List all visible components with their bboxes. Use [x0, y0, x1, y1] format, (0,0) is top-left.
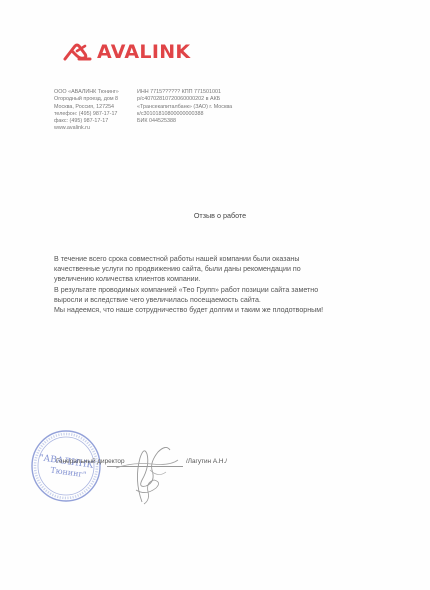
- document-body: В течение всего срока совместной работы …: [54, 254, 414, 315]
- body-line: выросли и вследствие чего увеличилась по…: [54, 295, 414, 305]
- requisite-line: ИНН 7715?????? КПП 771501001: [137, 89, 247, 96]
- requisite-line: к/с30101810800000000388: [137, 111, 247, 118]
- requisite-line: р/с40702810720060000202 в АКБ: [137, 96, 247, 103]
- requisite-line: Огородный проезд, дом 8: [54, 96, 132, 103]
- requisite-line: «Трансекапиталбанк» (ЗАО) г. Москва: [137, 104, 247, 111]
- requisite-line: БИК 044525388: [137, 118, 247, 125]
- requisite-line: Москва, Россия, 127254: [54, 104, 132, 111]
- body-line: Мы надеемся, что наше сотрудничество буд…: [54, 305, 414, 315]
- signer-name: /Лагутин А.Н./: [186, 458, 227, 465]
- company-requisites-left: ООО «АВАЛИНК Тюнинг» Огородный проезд, д…: [54, 89, 132, 133]
- avalink-logo-icon: [63, 42, 93, 62]
- body-line: В течение всего срока совместной работы …: [54, 254, 414, 264]
- company-requisites-right: ИНН 7715?????? КПП 771501001 р/с40702810…: [137, 89, 247, 125]
- body-line: качественные услуги по продвижению сайта…: [54, 264, 414, 274]
- logo-text: AVALINK: [97, 43, 190, 62]
- company-stamp-icon: "АВАЛИНК Тюнинг": [30, 428, 100, 503]
- body-line: увеличению количества клиентов компании.: [54, 274, 414, 284]
- requisite-line: факс: (495) 987-17-17: [54, 118, 132, 125]
- handwritten-signature-icon: [112, 440, 184, 515]
- requisite-line: www.avalink.ru: [54, 125, 132, 132]
- company-logo: AVALINK: [63, 42, 190, 62]
- letter-page: AVALINK ООО «АВАЛИНК Тюнинг» Огородный п…: [0, 0, 430, 590]
- body-line: В результате проводимых компанией «Тео Г…: [54, 285, 414, 295]
- document-title: Отзыв о работе: [0, 211, 430, 220]
- requisite-line: телефон: (495) 987-17-17: [54, 111, 132, 118]
